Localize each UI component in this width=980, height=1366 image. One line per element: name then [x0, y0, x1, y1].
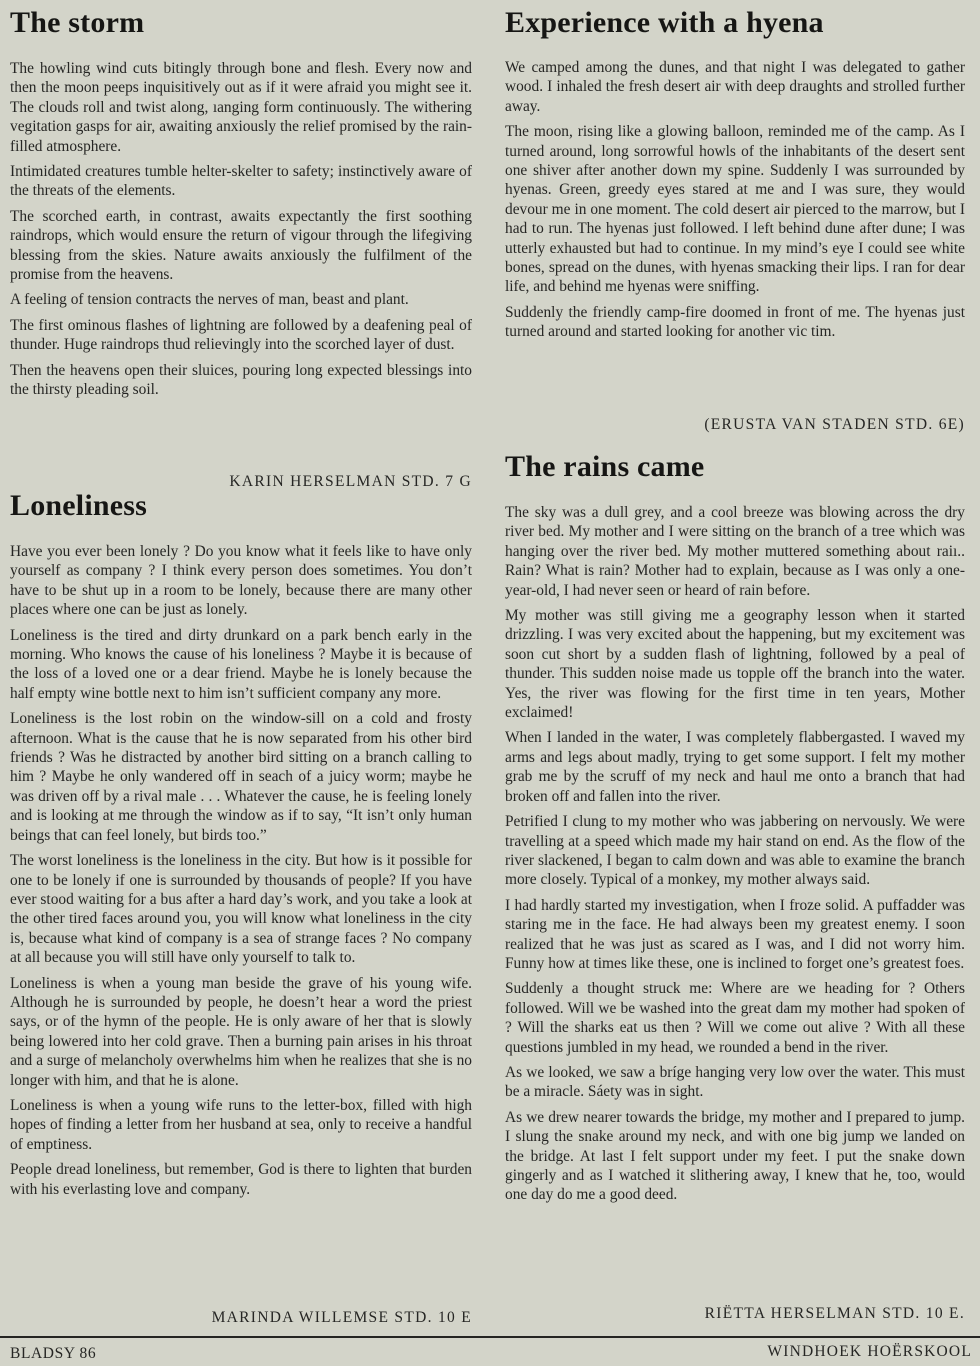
- paragraph: I had hardly started my investigation, w…: [505, 896, 965, 974]
- author-byline: MARINDA WILLEMSE STD. 10 E: [10, 1309, 472, 1327]
- paragraph: When I landed in the water, I was comple…: [505, 728, 965, 806]
- article-title: The storm: [10, 6, 472, 40]
- paragraph: As we looked, we saw a bríge hanging ve…: [505, 1063, 965, 1102]
- article-title: The rains came: [505, 450, 965, 484]
- paragraph: People dread loneliness, but remember, G…: [10, 1160, 472, 1199]
- article-hyena: Experience with a hyena: [505, 6, 965, 40]
- paragraph: The first ominous flashes of lightning a…: [10, 316, 472, 355]
- paragraph: The howling wind cuts bitingly through b…: [10, 59, 472, 156]
- hyena-byline-wrap: (ERUSTA VAN STADEN STD. 6E): [505, 416, 965, 434]
- paragraph: Loneliness is when a young wife runs to …: [10, 1096, 472, 1154]
- school-name: WINDHOEK HOËRSKOOL: [767, 1343, 972, 1361]
- paragraph: A feeling of tension contracts the nerve…: [10, 290, 472, 309]
- paragraph: We camped among the dunes, and that nigh…: [505, 58, 965, 116]
- storm-body: The howling wind cuts bitingly through b…: [10, 59, 472, 406]
- paragraph: The scorched earth, in contrast, awaits …: [10, 207, 472, 285]
- rains-byline-wrap: RIËTTA HERSELMAN STD. 10 E.: [505, 1305, 965, 1323]
- paragraph: As we drew nearer towards the bridge, my…: [505, 1108, 965, 1205]
- paragraph: Intimidated creatures tumble helter-skel…: [10, 162, 472, 201]
- paragraph: Suddenly the friendly camp-fire doomed i…: [505, 303, 965, 342]
- paragraph: Then the heavens open their sluices, pou…: [10, 361, 472, 400]
- paragraph: The moon, rising like a glowing balloon,…: [505, 122, 965, 297]
- article-rains-came: The rains came: [505, 450, 965, 484]
- article-title: Experience with a hyena: [505, 6, 965, 40]
- paragraph: Suddenly a thought struck me: Where are …: [505, 979, 965, 1057]
- article-loneliness: Loneliness: [10, 489, 472, 523]
- loneliness-byline-wrap: MARINDA WILLEMSE STD. 10 E: [10, 1309, 472, 1327]
- rains-body: The sky was a dull grey, and a cool bree…: [505, 503, 965, 1211]
- loneliness-body: Have you ever been lonely ? Do you know …: [10, 542, 472, 1205]
- paragraph: The sky was a dull grey, and a cool bree…: [505, 503, 965, 600]
- paragraph: Loneliness is when a young man beside th…: [10, 974, 472, 1090]
- paragraph: The worst loneliness is the loneliness i…: [10, 851, 472, 967]
- paragraph: My mother was still giving me a geograph…: [505, 606, 965, 722]
- paragraph: Loneliness is the tired and dirty drunka…: [10, 626, 472, 704]
- page-number: BLADSY 86: [10, 1345, 96, 1363]
- paragraph: Petrified I clung to my mother who was j…: [505, 812, 965, 890]
- author-byline: (ERUSTA VAN STADEN STD. 6E): [505, 416, 965, 434]
- author-byline: RIËTTA HERSELMAN STD. 10 E.: [505, 1305, 965, 1323]
- hyena-body: We camped among the dunes, and that nigh…: [505, 58, 965, 348]
- footer-divider: [0, 1336, 980, 1338]
- paragraph: Loneliness is the lost robin on the wind…: [10, 709, 472, 845]
- article-the-storm: The storm: [10, 6, 472, 40]
- article-title: Loneliness: [10, 489, 472, 523]
- paragraph: Have you ever been lonely ? Do you know …: [10, 542, 472, 620]
- magazine-page: The storm The howling wind cuts bitingly…: [0, 0, 980, 1366]
